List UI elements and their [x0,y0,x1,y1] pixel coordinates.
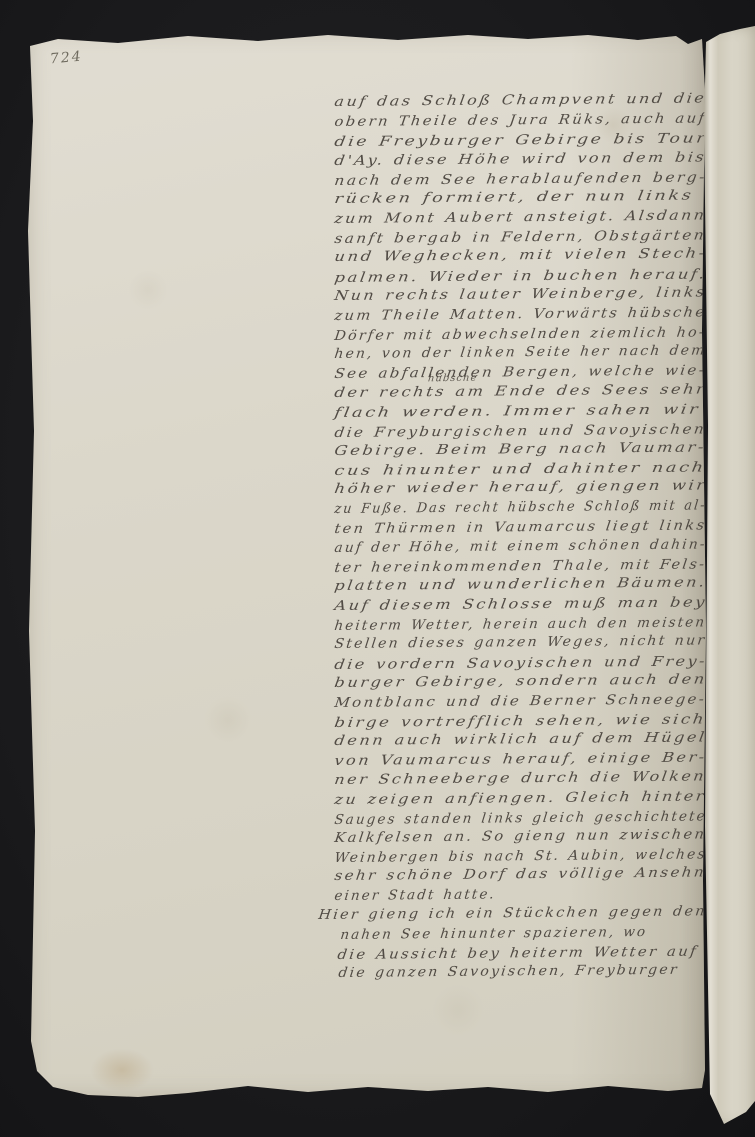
handwriting-line: burger Gebirge, sondern auch den [334,672,644,691]
handwriting-line: Dörfer mit abwechselnden ziemlich ho- [334,325,687,344]
facing-page-edge [700,26,755,1127]
handwriting-line: denn auch wirklich auf dem Hügel [334,730,645,749]
handwriting-line: die ganzen Savoyischen, Freyburger [338,962,664,981]
handwriting-line: zum Theile Matten. Vorwärts hübsche [334,305,674,324]
handwriting-line: auf der Höhe, mit einem schönen dahin- [334,537,698,556]
handwriting-line: ter hereinkommenden Thale, mit Fels- [334,557,678,576]
handwriting-line: heiterm Wetter, herein auch den meisten [334,615,704,634]
handwriting-line: ner Schneeberge durch die Wolken [334,769,649,788]
handwriting-line: hen, von der linken Seite her nach dem [334,343,694,362]
handwriting-line: der rechts am Ende des Sees sehr [334,382,644,401]
handwriting-line: ten Thürmen in Vaumarcus liegt links [334,518,675,537]
handwriting-layer: 724 auf das Schloß Champvent und dieober… [28,30,706,1097]
handwriting-line: auf das Schloß Champvent und die [334,91,648,110]
handwriting-line: obern Theile des Jura Rüks, auch auf [334,111,672,130]
handwriting-line: die vordern Savoyischen und Frey- [334,654,648,673]
handwriting-line: nach dem See herablaufenden berg- [334,170,658,189]
page-number: 724 [49,49,83,68]
handwriting-line: d'Ay. diese Höhe wird von dem bis [334,150,647,169]
handwriting-line: höher wieder herauf, giengen wir [334,478,637,497]
handwriting-line: cus hinunter und dahinter nach [334,460,620,479]
handwriting-line: zum Mont Aubert ansteigt. Alsdann [334,208,653,227]
handwriting-line: platten und wunderlichen Bäumen. [334,575,647,594]
handwriting-line: die Freyburgischen und Savoyischen [334,422,663,441]
handwriting-line: sehr schöne Dorf das völlige Ansehn [334,865,665,884]
handwriting-line: zu Fuße. Das recht hübsche Schloß mit al… [334,498,721,517]
handwriting-line: Montblanc und die Berner Schneege- [334,692,668,711]
handwriting-line: Sauges standen links gleich geschichtete [334,809,706,828]
handwriting-line: flach werden. Immer sahen wir [334,402,615,421]
handwriting-line: rücken formiert, der nun links [334,188,610,207]
handwriting-line: Auf diesem Schlosse muß man bey [334,595,644,614]
interlinear-insertion: hübsche [427,373,478,385]
manuscript-page: 724 auf das Schloß Champvent und dieober… [28,30,706,1097]
scan-background: 724 auf das Schloß Champvent und dieober… [0,0,755,1137]
handwriting-line: und Weghecken, mit vielen Stech- [334,246,640,265]
handwriting-line: Kalkfelsen an. So gieng nun zwischen [334,827,676,846]
handwriting-line: einer Stadt hatte. [334,885,496,904]
handwriting-line: Weinbergen bis nach St. Aubin, welches [334,847,696,866]
handwriting-line: birge vortrefflich sehen, wie sich [334,712,638,731]
handwriting-line: Hier gieng ich ein Stückchen gegen den [318,904,682,923]
handwriting-line: Gebirge. Beim Berg nach Vaumar- [334,440,640,459]
handwriting-line: von Vaumarcus herauf, einige Ber- [334,750,646,769]
handwriting-line: nahen See hinunter spazieren, wo [340,924,647,943]
handwriting-line: Nun rechts lauter Weinberge, links [334,285,652,304]
handwriting-line: die Freyburger Gebirge bis Tour [334,131,627,150]
handwriting-line: sanft bergab in Feldern, Obstgärten [334,228,661,247]
handwriting-line: See abfallenden Bergen, welche wie- [334,363,667,382]
handwriting-line: zu zeigen anfiengen. Gleich hinter [334,789,647,808]
handwriting-line: Stellen dieses ganzen Weges, nicht nur [334,633,690,652]
handwriting-line: palmen. Wieder in buchen herauf. [334,267,640,286]
handwriting-line: die Aussicht bey heiterm Wetter auf [337,944,664,963]
